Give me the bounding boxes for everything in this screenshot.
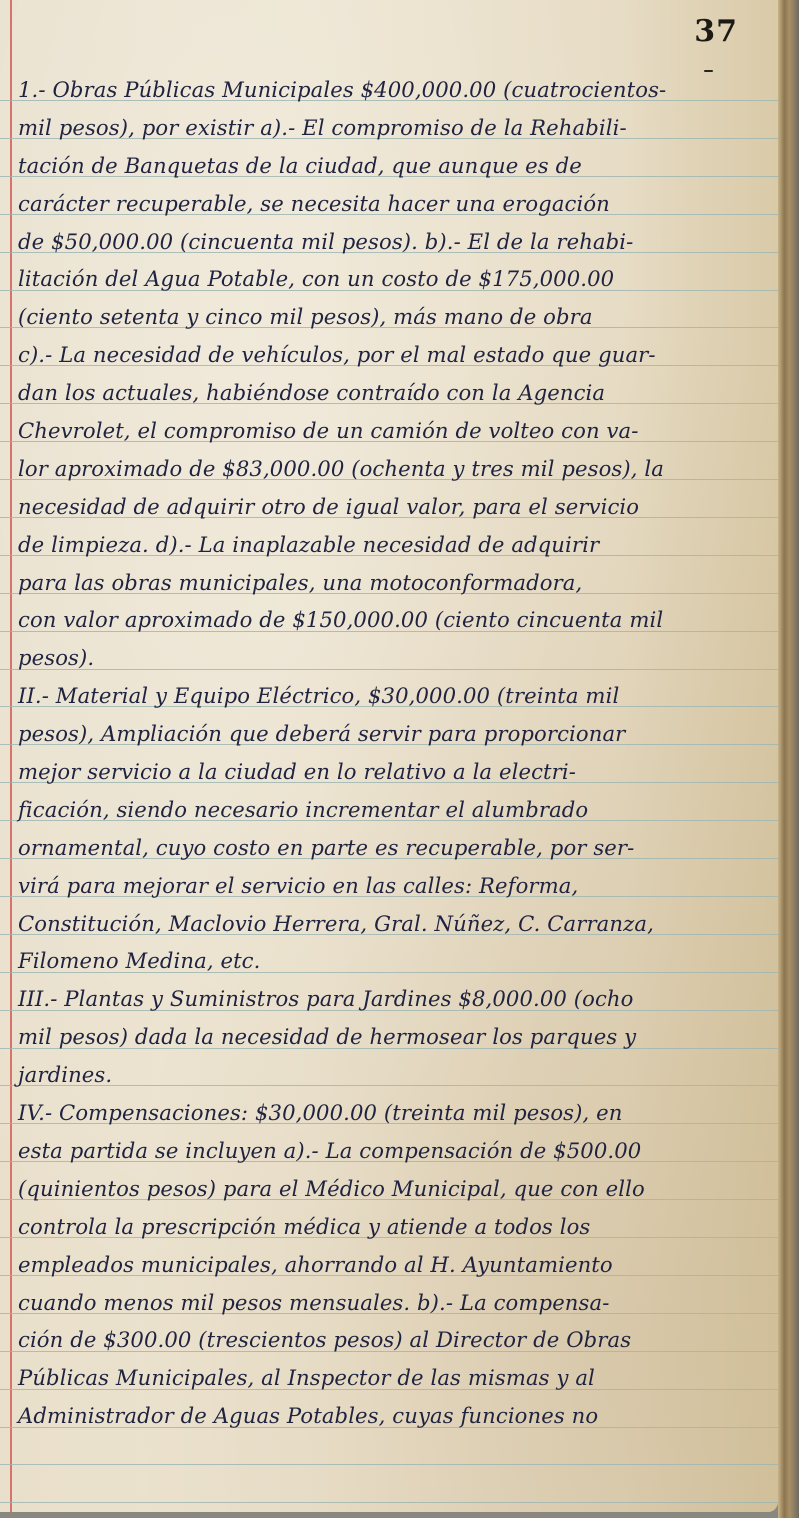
handwritten-text-body: 1.- Obras Públicas Municipales $400,000.… (18, 72, 778, 1436)
text-line: ornamental, cuyo costo en parte es recup… (18, 830, 766, 868)
text-line: Filomeno Medina, etc. (18, 943, 766, 981)
text-line: ficación, siendo necesario incrementar e… (18, 792, 766, 830)
text-line: esta partida se incluyen a).- La compens… (18, 1133, 766, 1171)
text-line: lor aproximado de $83,000.00 (ochenta y … (18, 451, 766, 489)
text-line: para las obras municipales, una motoconf… (18, 565, 766, 603)
text-line: Constitución, Maclovio Herrera, Gral. Nú… (18, 906, 766, 944)
text-line: ción de $300.00 (trescientos pesos) al D… (18, 1322, 766, 1360)
rule-line (0, 1464, 778, 1465)
text-line: 1.- Obras Públicas Municipales $400,000.… (18, 72, 766, 110)
text-line: cuando menos mil pesos mensuales. b).- L… (18, 1285, 766, 1323)
page-number: 37 (694, 14, 738, 49)
text-line: mejor servicio a la ciudad en lo relativ… (18, 754, 766, 792)
text-line: con valor aproximado de $150,000.00 (cie… (18, 602, 766, 640)
text-line: III.- Plantas y Suministros para Jardine… (18, 981, 766, 1019)
ledger-page: 37 1.- Obras Públicas Municipales $400,0… (0, 0, 778, 1512)
text-line: pesos). (18, 640, 766, 678)
text-line: Públicas Municipales, al Inspector de la… (18, 1360, 766, 1398)
text-line: IV.- Compensaciones: $30,000.00 (treinta… (18, 1095, 766, 1133)
text-line: de $50,000.00 (cincuenta mil pesos). b).… (18, 224, 766, 262)
text-line: necesidad de adquirir otro de igual valo… (18, 489, 766, 527)
text-line: Administrador de Aguas Potables, cuyas f… (18, 1398, 766, 1436)
text-line: (ciento setenta y cinco mil pesos), más … (18, 299, 766, 337)
text-line: litación del Agua Potable, con un costo … (18, 261, 766, 299)
text-line: dan los actuales, habiéndose contraído c… (18, 375, 766, 413)
text-line: controla la prescripción médica y atiend… (18, 1209, 766, 1247)
text-line: II.- Material y Equipo Eléctrico, $30,00… (18, 678, 766, 716)
text-line: mil pesos), por existir a).- El compromi… (18, 110, 766, 148)
text-line: carácter recuperable, se necesita hacer … (18, 186, 766, 224)
text-line: virá para mejorar el servicio en las cal… (18, 868, 766, 906)
red-margin-line (10, 0, 12, 1512)
text-line: (quinientos pesos) para el Médico Munici… (18, 1171, 766, 1209)
rule-line (0, 1502, 778, 1503)
book-binding (778, 0, 799, 1518)
text-line: mil pesos) dada la necesidad de hermosea… (18, 1019, 766, 1057)
text-line: Chevrolet, el compromiso de un camión de… (18, 413, 766, 451)
text-line: empleados municipales, ahorrando al H. A… (18, 1247, 766, 1285)
text-line: c).- La necesidad de vehículos, por el m… (18, 337, 766, 375)
text-line: de limpieza. d).- La inaplazable necesid… (18, 527, 766, 565)
text-line: tación de Banquetas de la ciudad, que au… (18, 148, 766, 186)
text-line: jardines. (18, 1057, 766, 1095)
text-line: pesos), Ampliación que deberá servir par… (18, 716, 766, 754)
